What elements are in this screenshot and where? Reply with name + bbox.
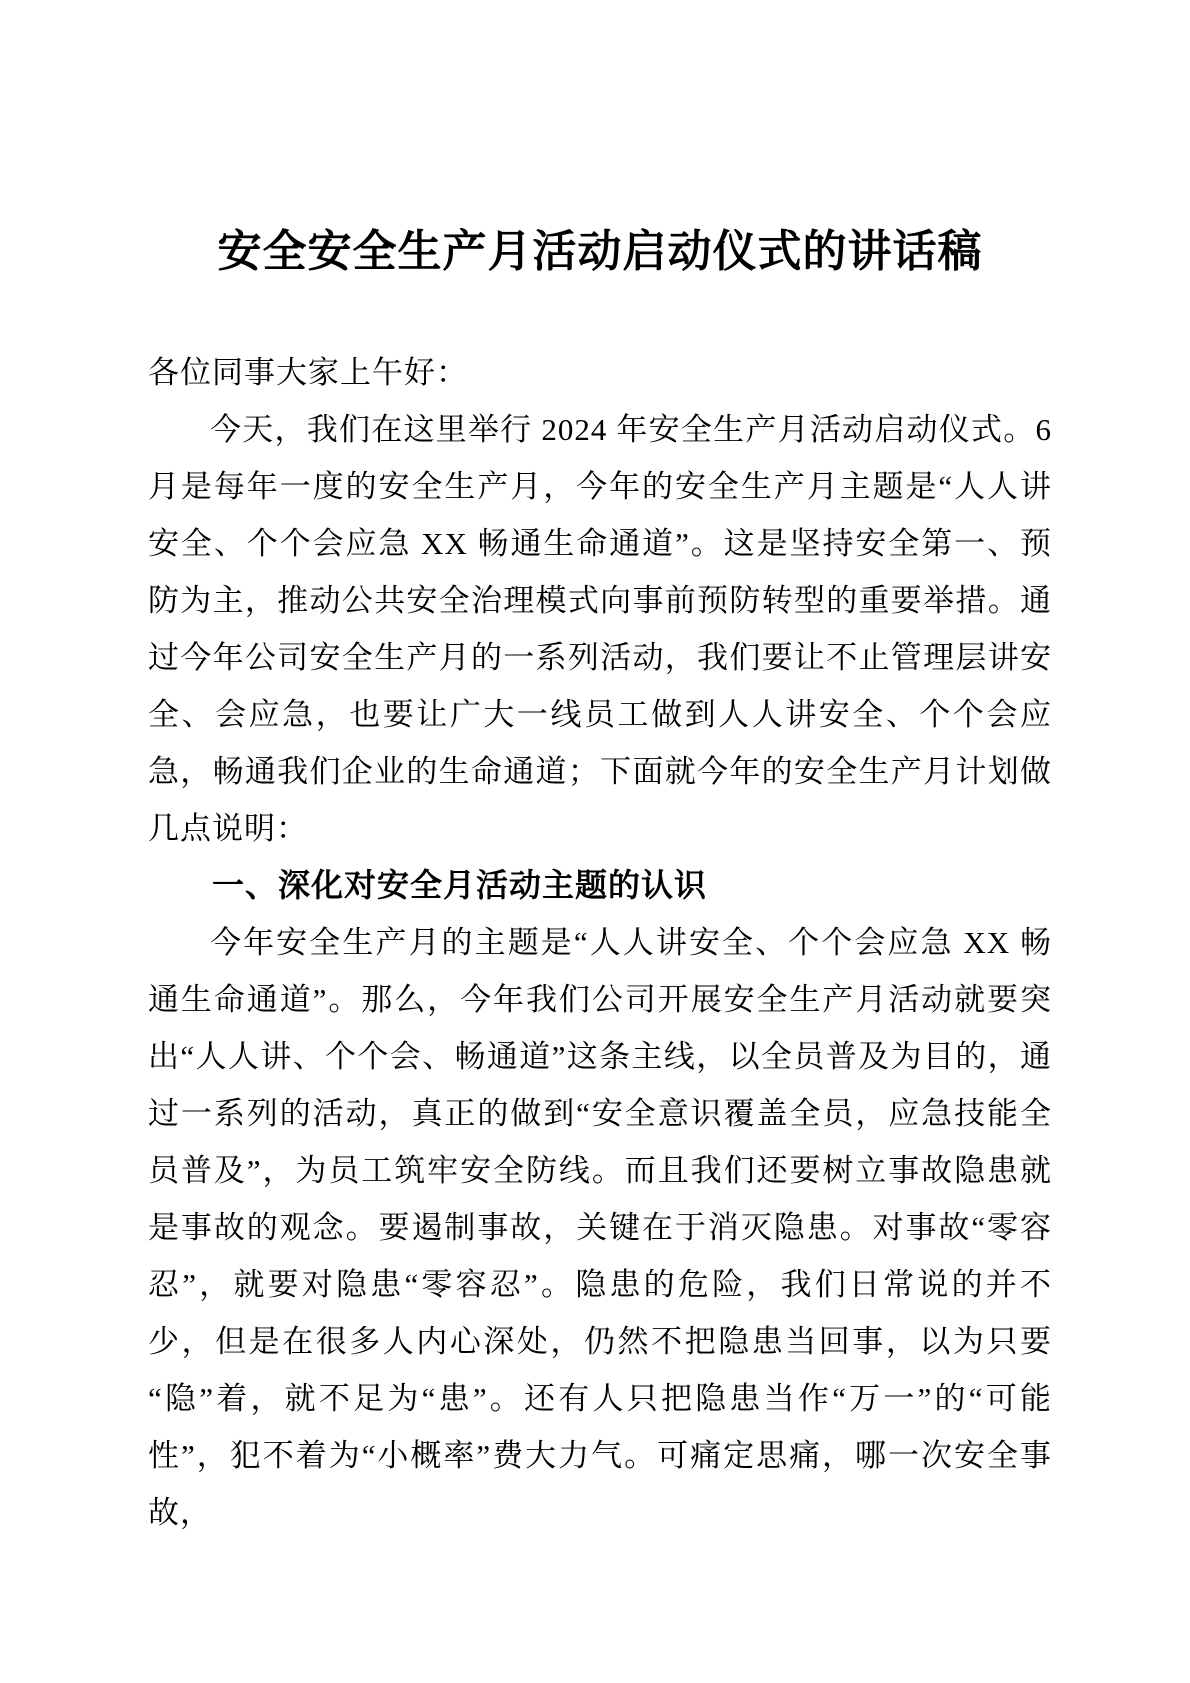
document-page: 安全安全生产月活动启动仪式的讲话稿 各位同事大家上午好： 今天，我们在这里举行 … — [0, 0, 1190, 1683]
paragraph-intro: 今天，我们在这里举行 2024 年安全生产月活动启动仪式。6 月是每年一度的安全… — [148, 401, 1052, 857]
section-heading-1: 一、深化对安全月活动主题的认识 — [148, 857, 1052, 914]
document-title: 安全安全生产月活动启动仪式的讲话稿 — [148, 222, 1052, 282]
paragraph-section-1: 今年安全生产月的主题是“人人讲安全、个个会应急 XX 畅通生命通道”。那么，今年… — [148, 914, 1052, 1541]
greeting-line: 各位同事大家上午好： — [148, 344, 1052, 401]
